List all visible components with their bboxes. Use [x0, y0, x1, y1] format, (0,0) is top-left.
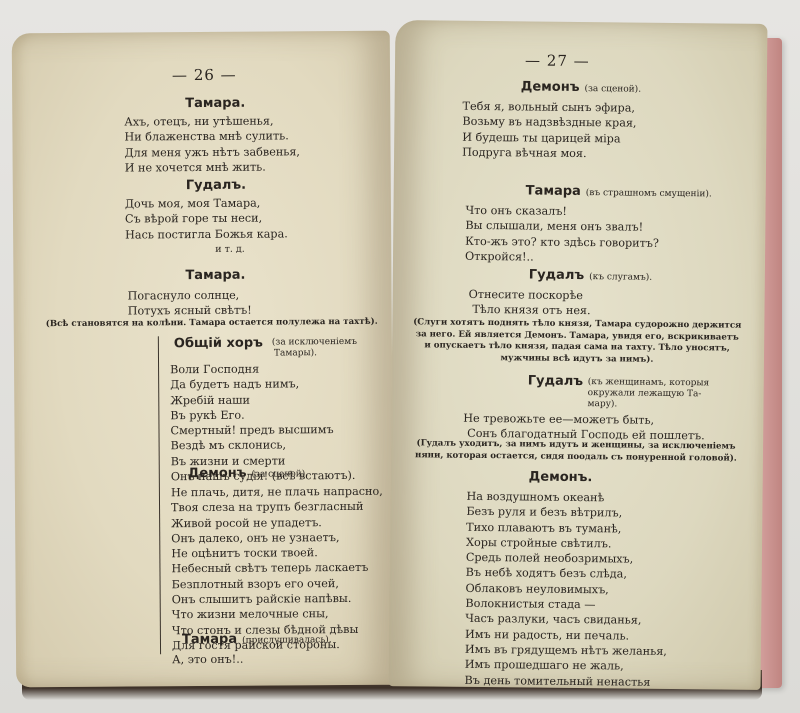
verse-line: Воли Господня [170, 361, 355, 378]
direction-line: мару). [587, 399, 709, 411]
verse-line: Тебя я, вольный сынъ эфира, [463, 99, 637, 116]
verse-line: Погаснуло солнце, [128, 288, 252, 304]
verse-tamara-1: Ахъ, отецъ, ни утѣшенья, Ни блаженства м… [124, 113, 300, 175]
verse-line: Тѣло князя отъ нея. [468, 302, 590, 319]
speaker-direction: (прислушивалась). [242, 635, 332, 646]
verse-demon-1: Не плачь, дитя, не плачь напрасно, Твоя … [171, 484, 384, 654]
verse-line: Въ небѣ ходятъ безъ слѣда, [466, 565, 668, 582]
verse-line: Отнесите поскорѣе [469, 287, 591, 304]
verse-line: Ни блаженства мнѣ сулить. [124, 129, 300, 146]
speaker-gudal-1: Гудалъ. [186, 178, 246, 193]
left-page: — 26 — Тамара. Ахъ, отецъ, ни утѣшенья, … [12, 31, 395, 688]
speaker-direction: (за сценой). [251, 469, 308, 479]
verse-line: Подруга вѣчная моя. [462, 145, 636, 162]
verse-gudal-2: Отнесите поскорѣе Тѣло князя отъ нея. [468, 287, 590, 319]
verse-line: Вы слышали, меня онъ звалъ! [465, 218, 659, 235]
verse-line: Для меня ужъ нѣтъ забвенья, [125, 144, 301, 161]
verse-line: И не хочется мнѣ жить. [125, 159, 301, 176]
speaker-demon-3: Демонъ. [529, 469, 593, 485]
speaker-direction: (за сценой). [584, 84, 641, 95]
verse-line: И будешь ты царицей міра [462, 129, 636, 146]
speaker-tamara-3: Тамара(прислушивалась). [182, 631, 332, 647]
etc-marker: и т. д. [125, 241, 288, 257]
speaker-direction: (къ слугамъ). [589, 272, 652, 283]
direction-line: Тамары). [272, 348, 357, 360]
page-number-26: — 26 — [172, 66, 237, 84]
verse-line: Что жизни мелочные сны, [172, 606, 384, 623]
direction-line: (за исключеніемъ [272, 337, 357, 349]
speaker-direction: (въ страшномъ смущеніи). [586, 188, 712, 199]
verse-line: Ахъ, отецъ, ни утѣшенья, [124, 113, 300, 130]
verse-line: Въ рукѣ Его. [170, 407, 355, 424]
verse-line: Онъ слышитъ райскіе напѣвы. [172, 591, 384, 608]
verse-line: Живой росой не упадетъ. [171, 514, 383, 531]
verse-line: Часъ разлуки, часъ свиданья, [465, 611, 667, 628]
speaker-name: Демонъ [188, 466, 247, 481]
verse-line: Въ день томительный ненастья [465, 672, 667, 689]
verse-line: Имъ прошедшаго не жаль, [465, 657, 667, 674]
verse-line: Нась постигла Божья кара. [125, 226, 288, 242]
speaker-gudal-3: Гудалъ [528, 373, 583, 389]
verse-line: Вездѣ мъ склонись, [171, 437, 356, 454]
verse-line: Онъ далеко, онъ не узнаетъ, [171, 530, 383, 547]
speaker-name: Гудалъ [529, 267, 584, 283]
speaker-tamara-4: Тамара(въ страшномъ смущеніи). [526, 183, 712, 200]
speaker-demon-2: Демонъ(за сценой). [521, 79, 641, 95]
verse-line: Жребій наши [170, 392, 355, 409]
verse-line: Съ вѣрой горе ты неси, [125, 211, 288, 227]
verse-line: Дочь моя, моя Тамара, [125, 195, 288, 211]
speaker-name: Тамара [182, 632, 237, 647]
speaker-tamara-2: Тамара. [185, 268, 245, 283]
verse-line: Не плачь, дитя, не плачь напрасно, [171, 484, 383, 501]
chorus-direction: (за исключеніемъ Тамары). [272, 337, 357, 360]
speaker-gudal-2: Гудалъ(къ слугамъ). [529, 267, 652, 283]
speaker-chorus: Общій хоръ [174, 336, 263, 352]
stage-direction-kneel: (Всѣ становятся на колѣни. Тамара остает… [46, 317, 378, 331]
page-number-27: — 27 — [525, 51, 590, 70]
verse-line: Твоя слеза на трупъ безгласный [171, 499, 383, 516]
verse-line: Смертный! предъ высшимъ [170, 422, 355, 439]
verse-demon-2: Тебя я, вольный сынъ эфира, Возьму въ на… [462, 99, 637, 162]
verse-line: Возьму въ надзвѣздные края, [462, 114, 636, 131]
verse-tamara-3: А, это онъ!.. [172, 652, 243, 668]
verse-line: Да будетъ надъ нимъ, [170, 376, 355, 393]
gudal-direction: (къ женщинамъ, которыя окружали лежащую … [587, 377, 709, 411]
verse-line: А, это онъ!.. [172, 652, 243, 668]
verse-demon-3: На воздушномъ океанѣ Безъ руля и безъ вѣ… [465, 489, 669, 690]
chorus-bracket [158, 336, 161, 654]
speaker-name: Тамара [526, 183, 581, 199]
verse-tamara-2: Погаснуло солнце, Потухъ ясный свѣтъ! [128, 288, 252, 319]
verse-gudal-1: Дочь моя, моя Тамара, Съ вѣрой горе ты н… [125, 195, 288, 257]
speaker-name: Демонъ [521, 79, 580, 95]
verse-line: Не оцѣнитъ тоски твоей. [171, 545, 383, 562]
verse-line: Безъ руля и безъ вѣтрилъ, [466, 504, 668, 521]
verse-line: Потухъ ясный свѣтъ! [128, 303, 252, 319]
speaker-tamara-1: Тамара. [185, 96, 245, 111]
speaker-demon-1: Демонъ(за сценой). [188, 465, 308, 481]
verse-line: Небесный свѣтъ теперь ласкаетъ [171, 560, 383, 577]
right-page: — 27 — Демонъ(за сценой). Тебя я, вольны… [389, 20, 768, 690]
stage-direction-servants: (Слуги хотятъ поднять тѣло князя, Тамара… [400, 317, 754, 367]
verse-tamara-4: Что онъ сказалъ! Вы слышали, меня онъ зв… [465, 203, 659, 266]
verse-line: Безплотный взоръ его очей, [172, 576, 384, 593]
verse-line: Откройся!.. [465, 249, 659, 266]
stage-direction-gudal-exits: (Гудалъ уходитъ, за нимъ идутъ и женщины… [399, 438, 753, 465]
